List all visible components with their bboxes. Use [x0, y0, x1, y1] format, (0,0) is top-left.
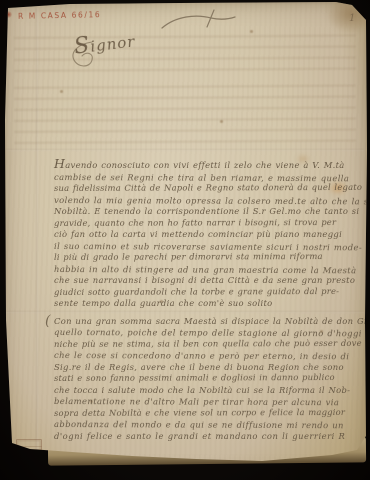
handwriting-line: Con una gran somma sacra Maestà si dispi…	[54, 316, 362, 328]
handwriting-line: giudici sotto guardandoli che la torbe e…	[54, 285, 362, 298]
handwriting-line: stati e sono fanno pessimi animali e dog…	[54, 372, 362, 385]
red-chalk-speck	[5, 11, 12, 18]
handwriting-line: sua fidelissima Città de Napoli e Regno …	[54, 182, 362, 195]
handwriting-paragraph: ( Con una gran somma sacra Maestà si dis…	[54, 316, 362, 443]
manuscript-photograph: R M CASA 66/16 1 Signor Havendo conosciu…	[0, 0, 370, 480]
paragraph-brace: (	[45, 313, 50, 329]
paragraph-lines: Con una gran somma sacra Maestà si dispi…	[54, 316, 362, 443]
handwriting-line: d'ogni felice e santo le grandi et manda…	[54, 431, 362, 443]
folio-number: 1	[349, 13, 355, 24]
handwriting-line: niche più se ne stima, sia il ben con qu…	[54, 337, 362, 350]
handwriting-line: li più di grado le parechi per dimorarvi…	[54, 251, 362, 264]
manuscript-page: R M CASA 66/16 1 Signor Havendo conosciu…	[0, 0, 370, 480]
verso-showthrough	[14, 83, 356, 151]
handwriting-line: sente tempo dalla guardia che com'è suo …	[54, 298, 362, 310]
handwriting-line: che tocca i salute modo che la Nobiltà c…	[54, 385, 362, 397]
handwriting-line: che sue narravansi i bisogni di detta Ci…	[54, 275, 362, 287]
handwriting-line: Nobiltà. E tenendo la corrispondentione …	[54, 206, 362, 218]
archive-stamp	[16, 439, 42, 454]
handwriting-line: sopra detta Nobiltà e che viene sol un c…	[54, 406, 362, 419]
handwriting-line: gravide, quanto che non ho fatto narrar …	[54, 216, 362, 229]
cross-flourish-icon	[158, 7, 238, 33]
handwriting-paragraph: Havendo conosciuto con vivi effetti il z…	[54, 158, 362, 310]
heading-flourish-icon	[66, 40, 106, 74]
letter-body: Havendo conosciuto con vivi effetti il z…	[54, 158, 362, 442]
handwriting-line: ciò fan otto la carta vi mettendo cominc…	[54, 229, 362, 241]
handwriting-line: Havendo conosciuto con vivi effetti il z…	[54, 158, 362, 172]
shelfmark: R M CASA 66/16	[18, 10, 101, 21]
